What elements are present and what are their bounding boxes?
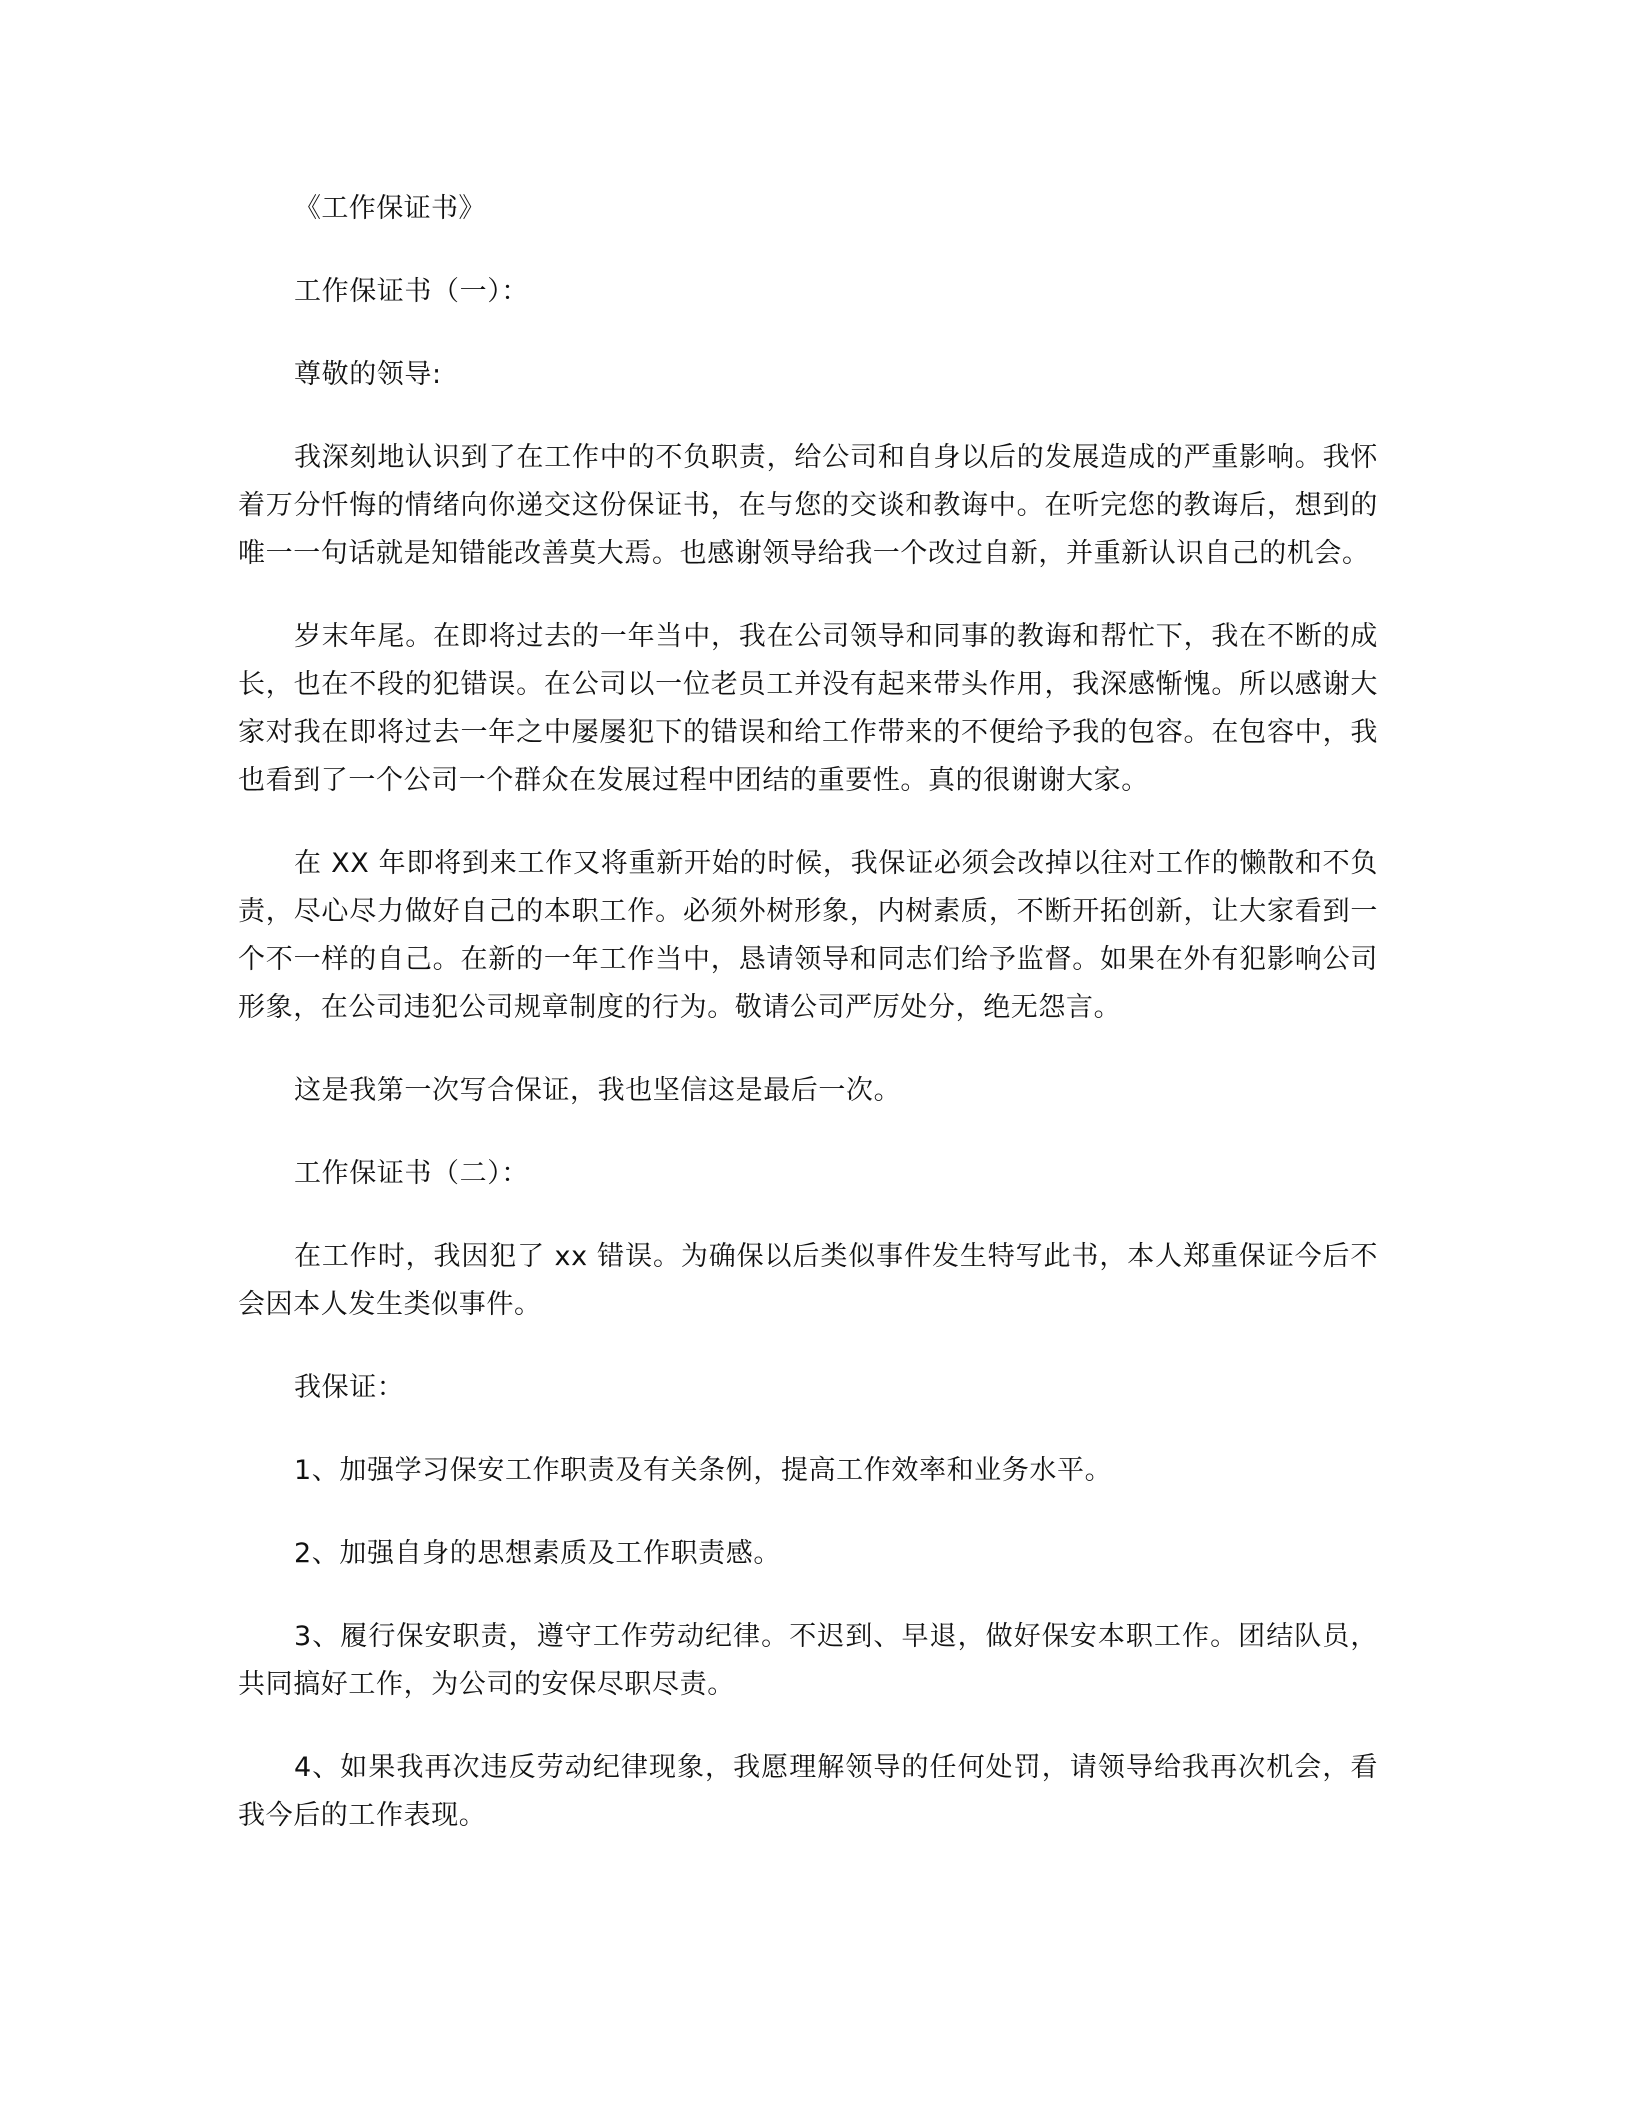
- section1-heading: 工作保证书（一）：: [238, 268, 1378, 316]
- pledge-item: 4、如果我再次违反劳动纪律现象，我愿理解领导的任何处罚，请领导给我再次机会，看我…: [238, 1744, 1378, 1840]
- section2-heading: 工作保证书（二）：: [238, 1150, 1378, 1198]
- section1-paragraph: 在 XX 年即将到来工作又将重新开始的时候，我保证必须会改掉以往对工作的懒散和不…: [238, 840, 1378, 1032]
- document-title: 《工作保证书》: [238, 185, 1378, 233]
- pledge-label: 我保证：: [238, 1364, 1378, 1412]
- section1-paragraph: 这是我第一次写合保证，我也坚信这是最后一次。: [238, 1067, 1378, 1115]
- pledge-item: 1、加强学习保安工作职责及有关条例，提高工作效率和业务水平。: [238, 1447, 1378, 1495]
- pledge-item: 3、履行保安职责，遵守工作劳动纪律。不迟到、早退，做好保安本职工作。团结队员，共…: [238, 1613, 1378, 1709]
- section1-paragraph: 岁末年尾。在即将过去的一年当中，我在公司领导和同事的教诲和帮忙下，我在不断的成长…: [238, 613, 1378, 805]
- section1-paragraph: 我深刻地认识到了在工作中的不负职责，给公司和自身以后的发展造成的严重影响。我怀着…: [238, 434, 1378, 578]
- section2-intro: 在工作时，我因犯了 xx 错误。为确保以后类似事件发生特写此书，本人郑重保证今后…: [238, 1233, 1378, 1329]
- salutation: 尊敬的领导:: [238, 351, 1378, 399]
- pledge-item: 2、加强自身的思想素质及工作职责感。: [238, 1530, 1378, 1578]
- document-page: 《工作保证书》 工作保证书（一）： 尊敬的领导: 我深刻地认识到了在工作中的不负…: [238, 185, 1378, 1875]
